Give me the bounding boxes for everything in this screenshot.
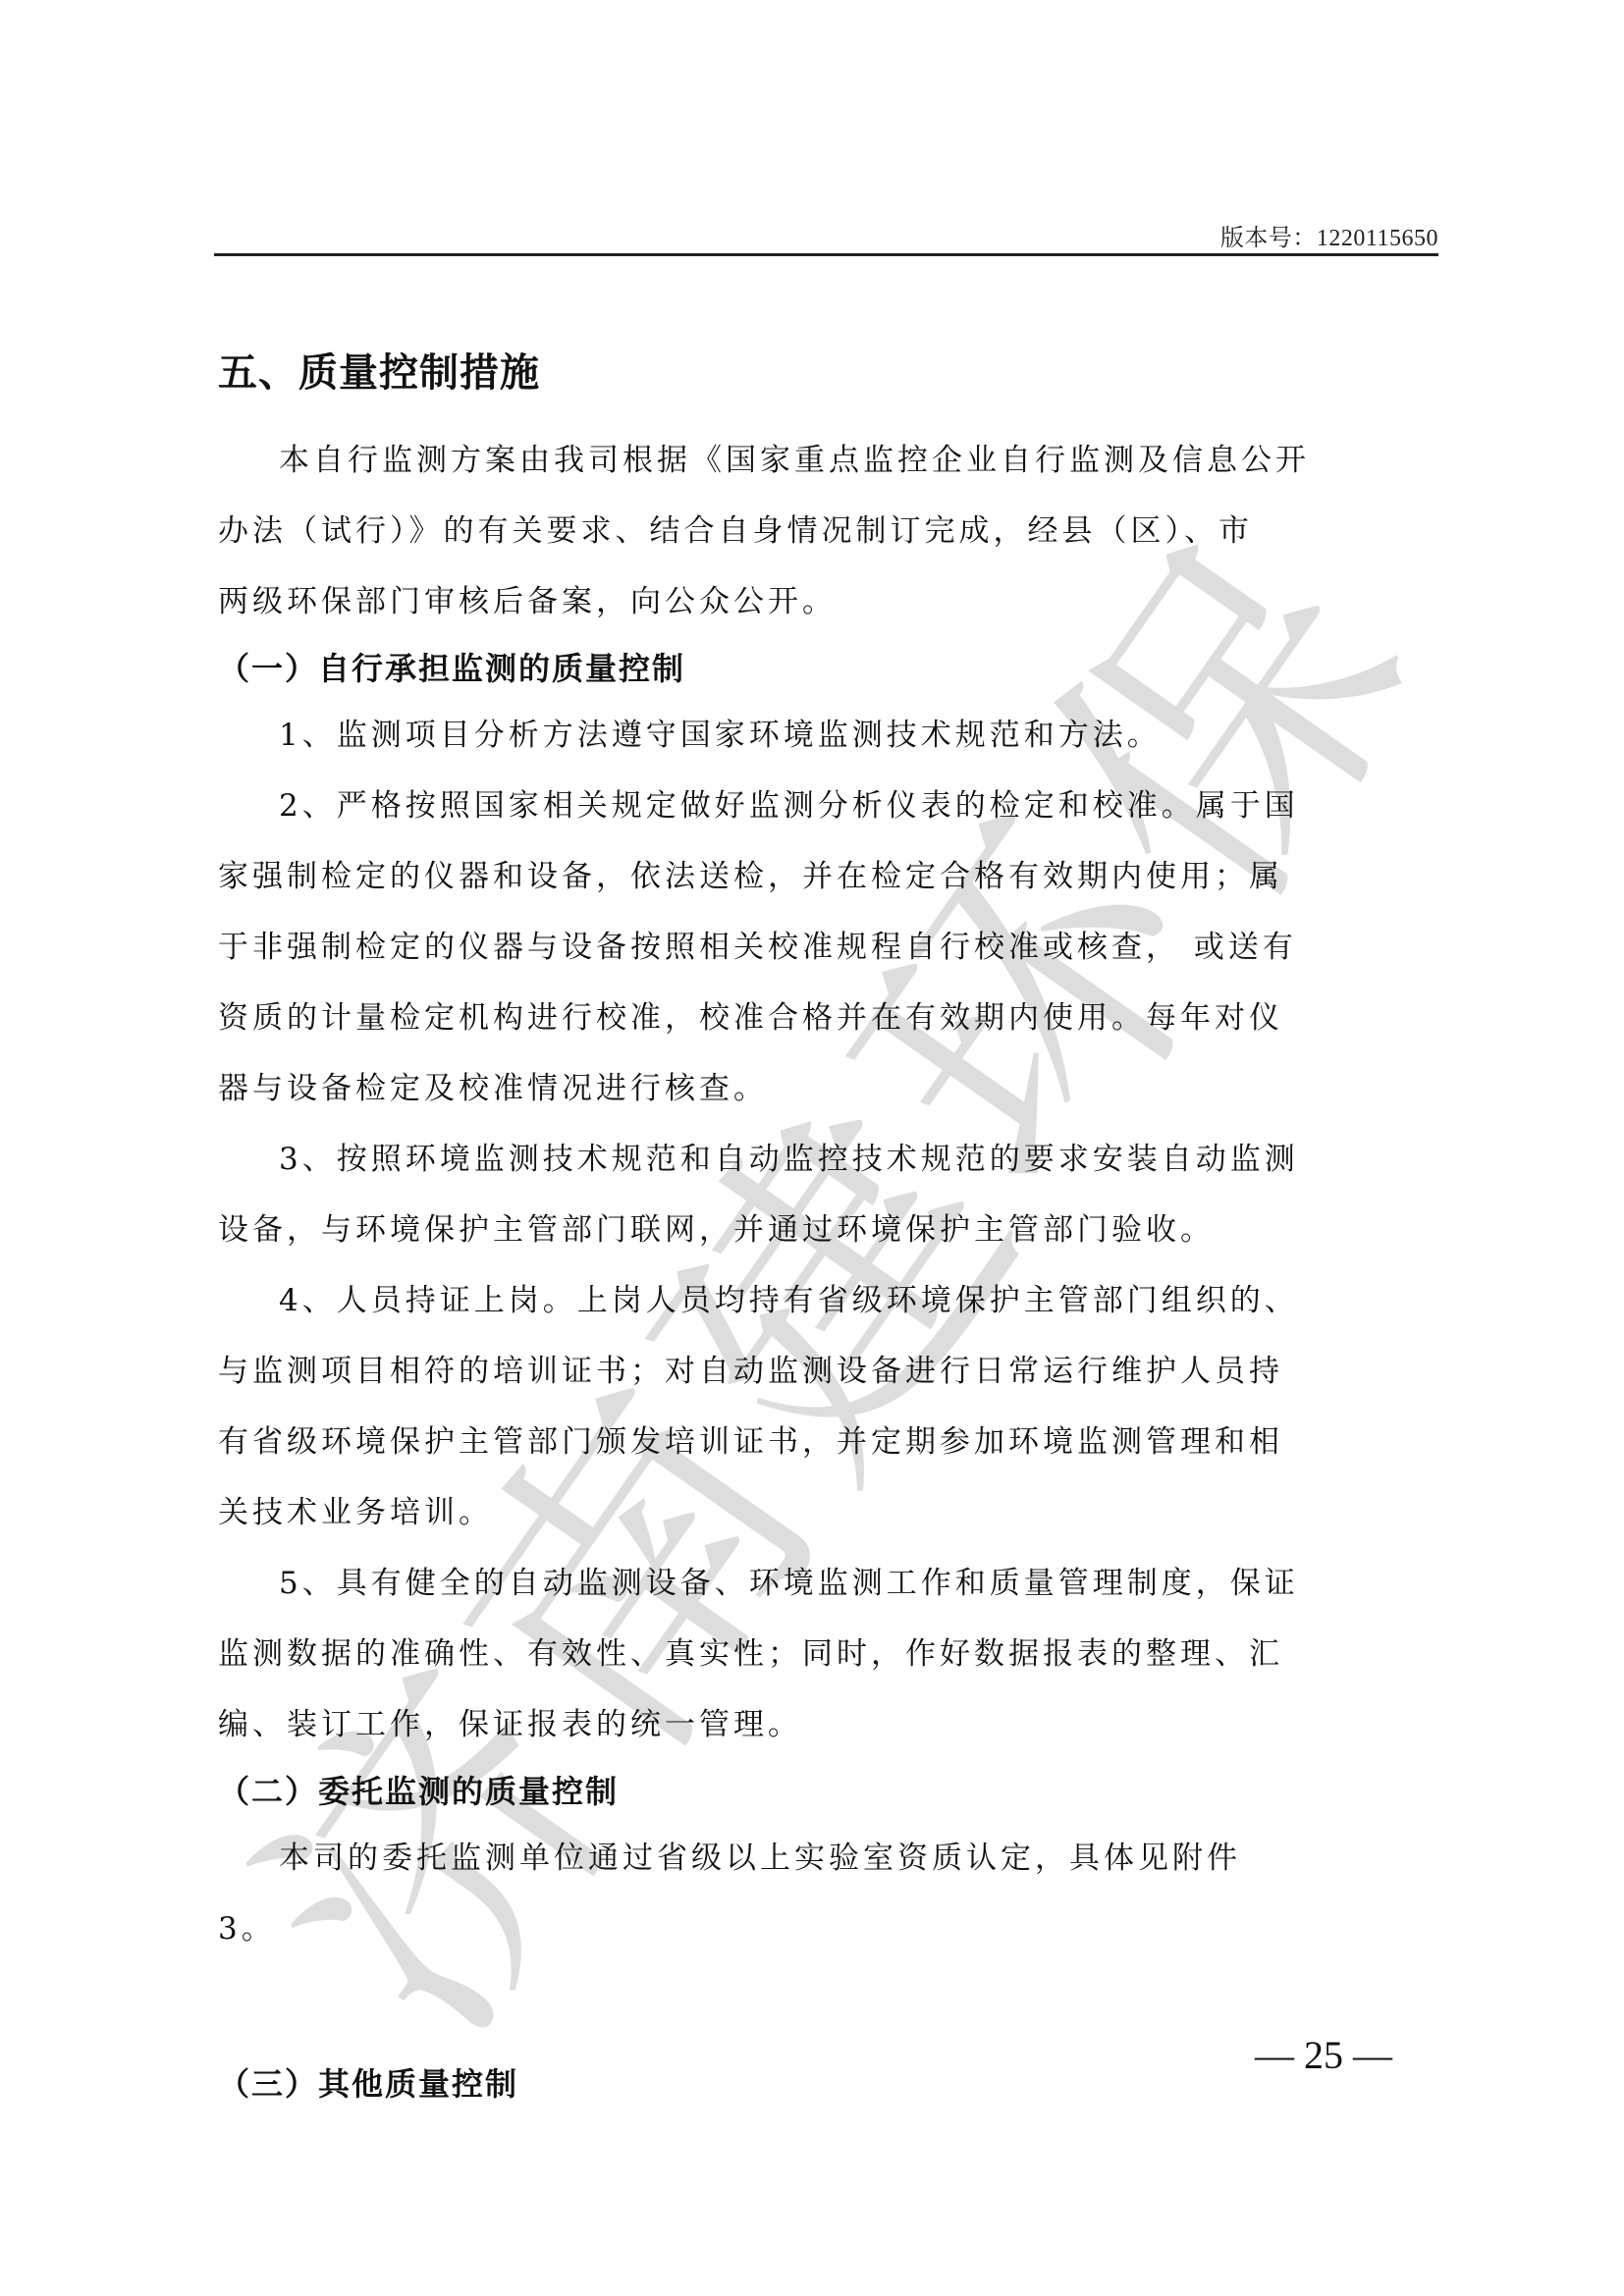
item-4: 4、人员持证上岗。上岗人员均持有省级环境保护主管部门组织的、 与监测项目相符的培… — [218, 1265, 1439, 1548]
page-number: — 25 — — [1255, 2032, 1392, 2078]
text-line: 本司的委托监测单位通过省级以上实验室资质认定，具体见附件 — [218, 1823, 1439, 1894]
text-line: 关技术业务培训。 — [218, 1477, 1439, 1548]
text-line: 3、按照环境监测技术规范和自动监控技术规范的要求安装自动监测 — [218, 1124, 1439, 1195]
text-line: 家强制检定的仪器和设备，依法送检，并在检定合格有效期内使用；属 — [218, 841, 1439, 912]
text-line: 器与设备检定及校准情况进行核查。 — [218, 1053, 1439, 1124]
text-line: 资质的计量检定机构进行校准，校准合格并在有效期内使用。每年对仪 — [218, 983, 1439, 1053]
commissioned-paragraph: 本司的委托监测单位通过省级以上实验室资质认定，具体见附件 3。 — [218, 1823, 1439, 1964]
text-line: 3。 — [218, 1894, 1439, 1964]
document-body: 五、质量控制措施 本自行监测方案由我司根据《国家重点监控企业自行监测及信息公开 … — [218, 339, 1439, 2115]
text-line: 设备，与环境保护主管部门联网，并通过环境保护主管部门验收。 — [218, 1195, 1439, 1265]
text-line: 与监测项目相符的培训证书；对自动监测设备进行日常运行维护人员持 — [218, 1336, 1439, 1407]
version-number: 版本号：1220115650 — [1220, 218, 1438, 252]
text-line: 编、装订工作，保证报表的统一管理。 — [218, 1689, 1439, 1760]
text-line: 有省级环境保护主管部门颁发培训证书，并定期参加环境监测管理和相 — [218, 1407, 1439, 1477]
document-page: 版本号：1220115650 济南建环保 五、质量控制措施 本自行监测方案由我司… — [0, 0, 1624, 2296]
text-line: 监测数据的准确性、有效性、真实性；同时，作好数据报表的整理、汇 — [218, 1619, 1439, 1689]
subsection-heading-2: （二）委托监测的质量控制 — [218, 1760, 1439, 1823]
intro-paragraph: 本自行监测方案由我司根据《国家重点监控企业自行监测及信息公开 办法（试行）》的有… — [218, 425, 1439, 637]
item-3: 3、按照环境监测技术规范和自动监控技术规范的要求安装自动监测 设备，与环境保护主… — [218, 1124, 1439, 1265]
header-divider — [214, 253, 1438, 256]
text-line: 两级环保部门审核后备案，向公众公开。 — [218, 566, 1439, 637]
item-2: 2、严格按照国家相关规定做好监测分析仪表的检定和校准。属于国 家强制检定的仪器和… — [218, 771, 1439, 1124]
text-line: 于非强制检定的仪器与设备按照相关校准规程自行校准或核查， 或送有 — [218, 912, 1439, 983]
text-line: 2、严格按照国家相关规定做好监测分析仪表的检定和校准。属于国 — [218, 771, 1439, 841]
text-line: 5、具有健全的自动监测设备、环境监测工作和质量管理制度，保证 — [218, 1548, 1439, 1619]
subsection-heading-1: （一）自行承担监测的质量控制 — [218, 637, 1439, 700]
text-line: 本自行监测方案由我司根据《国家重点监控企业自行监测及信息公开 — [218, 425, 1439, 496]
text-line: 1、监测项目分析方法遵守国家环境监测技术规范和方法。 — [218, 700, 1439, 771]
text-line: 4、人员持证上岗。上岗人员均持有省级环境保护主管部门组织的、 — [218, 1265, 1439, 1336]
text-line: 办法（试行）》的有关要求、结合自身情况制订完成，经县（区）、市 — [218, 496, 1439, 566]
item-5: 5、具有健全的自动监测设备、环境监测工作和质量管理制度，保证 监测数据的准确性、… — [218, 1548, 1439, 1760]
section-title: 五、质量控制措施 — [218, 339, 1439, 407]
item-1: 1、监测项目分析方法遵守国家环境监测技术规范和方法。 — [218, 700, 1439, 771]
